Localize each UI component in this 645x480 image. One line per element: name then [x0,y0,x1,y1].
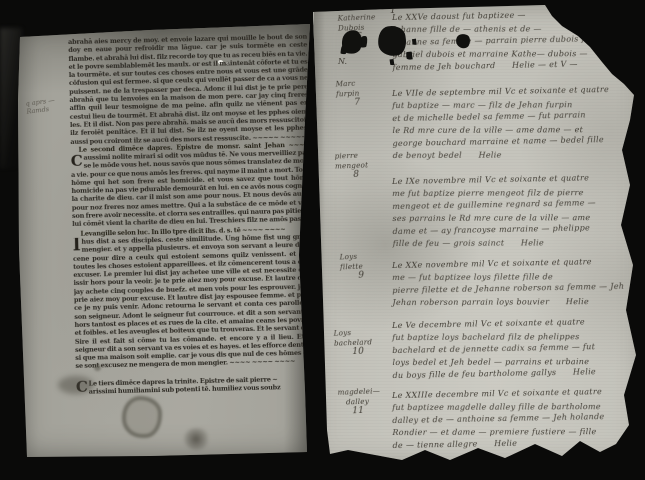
entry-line: Le Ve decembre mil Vc et soixante et qua… [392,316,596,332]
entry-record: Le XXIIIe decembre mil Vc et soixante et… [392,388,605,452]
stain [94,364,101,371]
entry-number: 11 [352,406,381,417]
entry-line: fille de feu — grois sainct Helie [393,237,597,250]
margin-name-line: Katherine [337,12,375,23]
entry-number: 10 [352,348,373,358]
left-page: q aprs — Ramds abrahā aies mercy de moy.… [18,24,310,458]
stain [58,376,94,394]
entry-line: Le IXe novembre mil Vc et soixante et qu… [392,172,596,188]
drop-cap-initial: I [73,237,82,253]
entry-record: Le XXVe daoust fut baptizee — Jehanne fi… [392,10,609,74]
nota-mark: N. [338,57,347,66]
stain [122,396,162,438]
gothic-paragraph-lazarus: abrahā aies mercy de moy. et envoie laza… [68,33,309,146]
manuscript-scan: q aprs — Ramds abrahā aies mercy de moy.… [0,0,645,480]
drop-cap-initial: C [71,154,84,168]
entry-margin-name: pierre mengeot 8 [334,150,368,181]
gothic-paragraph-text: aussimi nolite mirari si odit vos mūdus … [71,149,311,230]
entry-record: Le Ve decembre mil Vc et soixante et qua… [392,318,596,382]
stain [184,428,208,450]
entry-line: Le XXe novembre mil Vc et soixante et qu… [392,256,624,273]
entry-margin-name: Marc furpin 7 [335,79,360,110]
entry-number: 9 [358,272,364,282]
entry-margin-name: Loys filette 9 [339,252,364,283]
margin-name-line: magdelei— [337,386,380,397]
entry-record: Le VIIe de septembre mil Vc et soixante … [392,86,610,163]
entry-record: Le XXe novembre mil Vc et soixante et qu… [392,258,624,310]
entry-number: 7 [354,99,360,109]
gothic-paragraph-text: hus dist a ses disciples. ceste similitu… [73,233,314,371]
entry-line: Le XXVe daoust fut baptizee — [392,8,608,25]
gothic-text-block: abrahā aies mercy de moy. et envoie laza… [68,33,315,398]
margin-annotation: q aprs — Ramds [25,96,56,115]
entry-line: Jehan roberson parrain loys bouvier Heli… [392,296,624,309]
gothic-paragraph-parable: Ihus dist a ses disciples. ceste similit… [73,233,315,380]
margin-name-line: mengeot [335,160,368,171]
margin-name-line: dalley [346,396,381,407]
entry-margin-name: magdelei— dalley 11 [337,386,380,417]
entry-number: 8 [353,171,368,181]
entry-line: Le VIIe de septembre mil Vc et soixante … [392,84,609,101]
right-page: 1 N. Katherine Dubois 6 Le XXVe daoust f… [312,4,645,466]
entry-margin-name: Loys bachelard 10 [333,327,372,358]
gothic-paragraph-epistle: Caussimi nolite mirari si odit vos mūdus… [71,149,312,230]
entry-record: Le IXe novembre mil Vc et soixante et qu… [392,174,596,251]
entry-line: Le XXIIIe decembre mil Vc et soixante et… [392,386,604,402]
entry-line: de benoyt bedel Helie [393,149,610,162]
